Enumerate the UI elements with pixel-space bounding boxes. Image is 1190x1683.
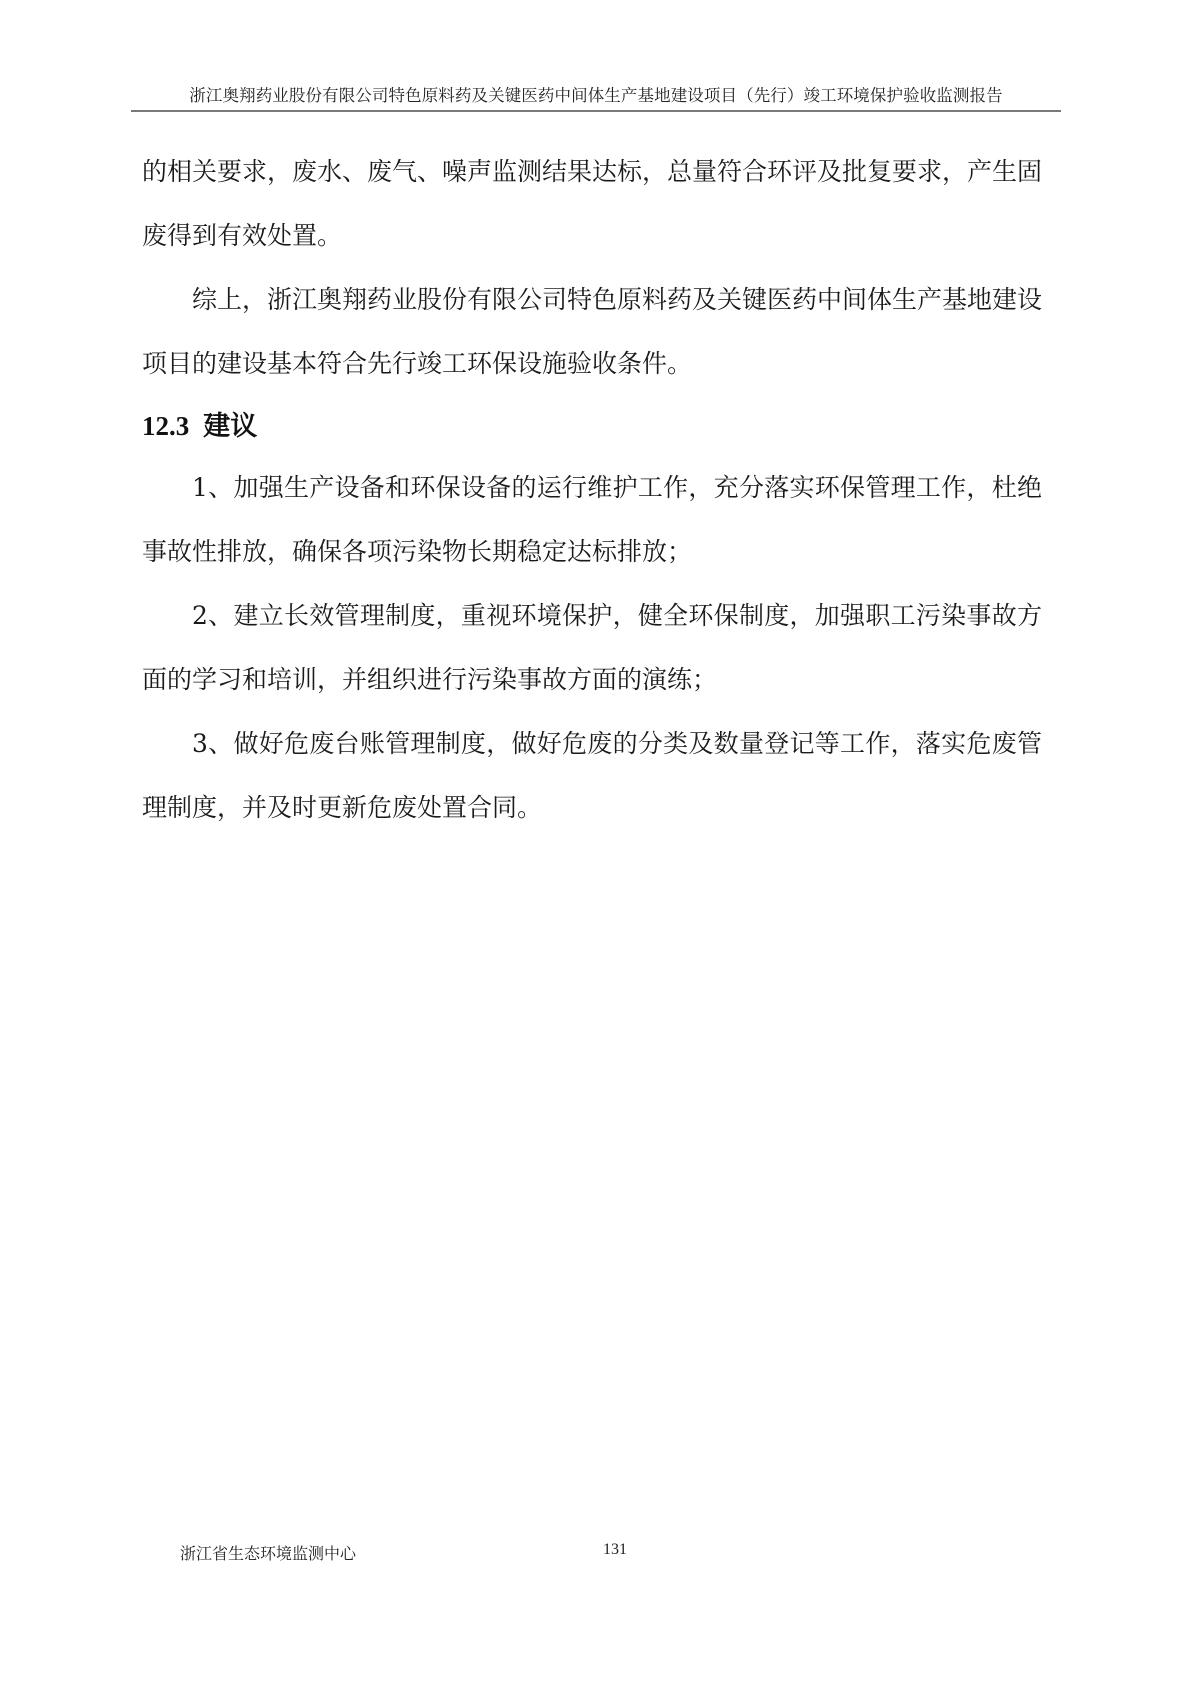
page-number: 131 xyxy=(603,1541,627,1559)
header-divider xyxy=(131,110,1061,112)
section-number: 12.3 xyxy=(142,411,189,441)
recommendation-item: 3、做好危废台账管理制度，做好危废的分类及数量登记等工作，落实危废管理制度，并及… xyxy=(142,712,1042,840)
report-running-header: 浙江奥翔药业股份有限公司特色原料药及关键医药中间体生产基地建设项目（先行）竣工环… xyxy=(131,82,1061,106)
recommendation-item: 2、建立长效管理制度，重视环境保护，健全环保制度，加强职工污染事故方面的学习和培… xyxy=(142,584,1042,712)
footer-organization: 浙江省生态环境监测中心 xyxy=(180,1541,356,1564)
report-body: 的相关要求，废水、废气、噪声监测结果达标，总量符合环评及批复要求，产生固废得到有… xyxy=(142,140,1042,840)
paragraph-conclusion: 综上，浙江奥翔药业股份有限公司特色原料药及关键医药中间体生产基地建设项目的建设基… xyxy=(142,268,1042,396)
section-title: 建议 xyxy=(203,411,257,441)
recommendation-item: 1、加强生产设备和环保设备的运行维护工作，充分落实环保管理工作，杜绝事故性排放，… xyxy=(142,456,1042,584)
paragraph-continuation: 的相关要求，废水、废气、噪声监测结果达标，总量符合环评及批复要求，产生固废得到有… xyxy=(142,140,1042,268)
section-heading: 12.3建议 xyxy=(142,396,1042,456)
